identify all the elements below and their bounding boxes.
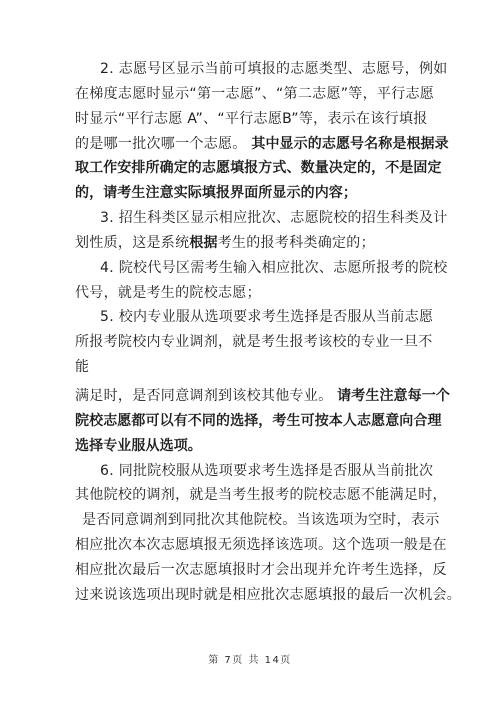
text-line: 3. 招生科类区显示相应批次、志愿院校的招生科类及计	[75, 206, 437, 231]
text-line: 过来说该选项出现时就是相应批次志愿填报的最后一次机会。	[75, 583, 437, 608]
text-run: 6. 同批院校服从选项要求考生选择是否服从当前批次	[100, 463, 433, 479]
bold-text-run: 请考生注意每一个	[337, 388, 450, 404]
text-run: 5. 校内专业服从选项要求考生选择是否服从当前志愿	[100, 309, 433, 325]
text-run: 代号，就是考生的院校志愿；	[75, 285, 261, 301]
text-run: 在梯度志愿时显示“第一志愿”、“第二志愿”等，平行志愿	[75, 86, 434, 102]
text-run: 时显示“平行志愿 A”、“平行志愿B”等，表示在该行填报	[75, 111, 428, 127]
text-line: 代号，就是考生的院校志愿；	[75, 281, 437, 306]
text-run: 过来说该选项出现时就是相应批次志愿填报的最后一次机会。	[75, 587, 461, 603]
page-number-label: 第 7页 共 14页	[208, 655, 292, 666]
text-line: 5. 校内专业服从选项要求考生选择是否服从当前志愿	[75, 305, 437, 330]
page-footer: 第 7页 共 14页	[0, 651, 500, 666]
text-run: 满足时，是否同意调剂到该校其他专业。	[75, 388, 337, 404]
text-line: 所报考院校内专业调剂，就是考生报考该校的专业一旦不	[75, 330, 437, 355]
text-line: 满足时，是否同意调剂到该校其他专业。 请考生注意每一个	[75, 384, 437, 409]
document-body: 2. 志愿号区显示当前可填报的志愿类型、志愿号，例如在梯度志愿时显示“第一志愿”…	[75, 57, 437, 608]
text-run: 划性质，这是系统	[75, 235, 189, 251]
bold-text-run: 取工作安排所确定的志愿填报方式、数量决定的，不是固定	[75, 160, 442, 176]
text-run: 考生的报考科类确定的；	[218, 235, 375, 251]
text-line: 院校志愿都可以有不同的选择，考生可按本人志愿意向合理	[75, 409, 437, 434]
text-line: 划性质，这是系统根据考生的报考科类确定的；	[75, 231, 437, 256]
text-line: 相应批次本次志愿填报无须选择该选项。这个选项一般是在	[75, 533, 437, 558]
text-line: 4. 院校代号区需考生输入相应批次、志愿所报考的院校	[75, 256, 437, 281]
text-line: 是否同意调剂到同批次其他院校。当该选项为空时，表示	[75, 508, 437, 533]
text-line: 时显示“平行志愿 A”、“平行志愿B”等，表示在该行填报	[75, 107, 437, 132]
bold-text-run: 其中显示的志愿号名称是根据录	[251, 136, 448, 152]
bold-text-run: 院校志愿都可以有不同的选择，考生可按本人志愿意向合理	[75, 413, 442, 429]
text-line: 2. 志愿号区显示当前可填报的志愿类型、志愿号，例如	[75, 57, 437, 82]
text-run: 2. 志愿号区显示当前可填报的志愿类型、志愿号，例如	[100, 61, 448, 77]
text-run: 是否同意调剂到同批次其他院校。当该选项为空时，表示	[82, 512, 440, 528]
text-line: 能	[75, 355, 437, 380]
text-run: 相应批次最后一次志愿填报时才会出现并允许考生选择，反	[75, 562, 447, 578]
text-line: 在梯度志愿时显示“第一志愿”、“第二志愿”等，平行志愿	[75, 82, 437, 107]
text-line: 其他院校的调剂，就是当考生报考的院校志愿不能满足时，	[75, 483, 437, 508]
text-run: 3. 招生科类区显示相应批次、志愿院校的招生科类及计	[100, 210, 448, 226]
text-run: 能	[75, 359, 89, 375]
text-run: 所报考院校内专业调剂，就是考生报考该校的专业一旦不	[75, 334, 433, 350]
text-run: 4. 院校代号区需考生输入相应批次、志愿所报考的院校	[100, 260, 448, 276]
text-run: 相应批次本次志愿填报无须选择该选项。这个选项一般是在	[75, 537, 447, 553]
bold-text-run: 的，请考生注意实际填报界面所显示的内容；	[75, 185, 357, 201]
document-page: 2. 志愿号区显示当前可填报的志愿类型、志愿号，例如在梯度志愿时显示“第一志愿”…	[0, 0, 500, 707]
bold-text-run: 根据	[189, 235, 217, 251]
bold-text-run: 选择专业服从选项。	[75, 438, 202, 454]
text-line: 的是哪一批次哪一个志愿。 其中显示的志愿号名称是根据录	[75, 132, 437, 157]
text-line: 6. 同批院校服从选项要求考生选择是否服从当前批次	[75, 459, 437, 484]
text-run: 的是哪一批次哪一个志愿。	[75, 136, 251, 152]
text-line: 选择专业服从选项。	[75, 434, 437, 459]
text-line: 的，请考生注意实际填报界面所显示的内容；	[75, 181, 437, 206]
text-line: 相应批次最后一次志愿填报时才会出现并允许考生选择，反	[75, 558, 437, 583]
text-run: 其他院校的调剂，就是当考生报考的院校志愿不能满足时，	[75, 487, 447, 503]
text-line: 取工作安排所确定的志愿填报方式、数量决定的，不是固定	[75, 156, 437, 181]
